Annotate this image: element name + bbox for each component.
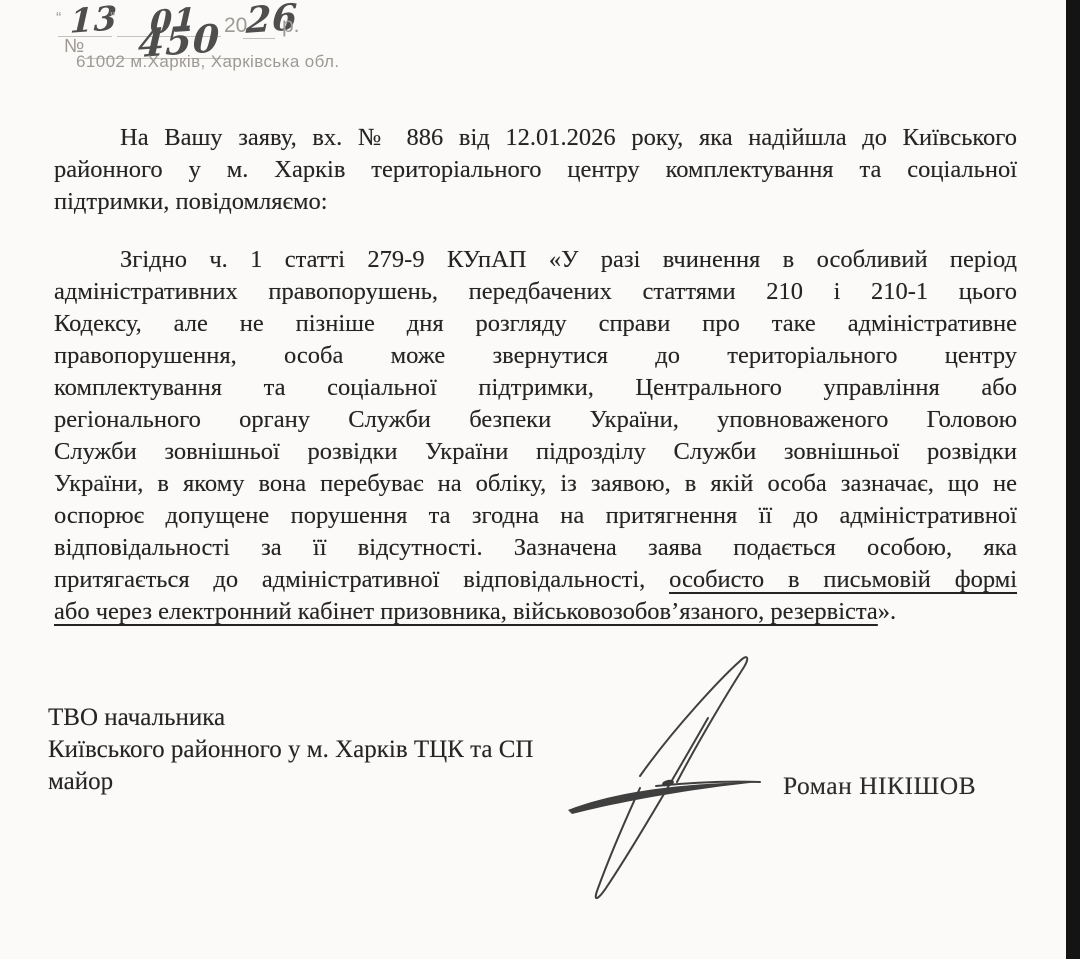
text-line: Кодексу, але не пізніше дня розгляду спр…: [54, 308, 1017, 340]
text-line: підтримки, повідомляємо:: [54, 186, 1017, 218]
signature-ink: [556, 640, 796, 915]
text-segment: Служби зовнішньої розвідки України підро…: [54, 438, 1017, 465]
text-line: або через електронний кабінет призовника…: [54, 596, 1017, 628]
text-line: Згідно ч. 1 статті 279-9 КУпАП «У разі в…: [54, 244, 1017, 276]
paragraph: На Вашу заяву, вх. № 886 від 12.01.2026 …: [54, 122, 1017, 218]
form-underline: [243, 2, 275, 39]
text-segment: адміністративних правопорушень, передбач…: [54, 278, 1017, 305]
text-segment: комплектування та соціальної підтримки, …: [54, 374, 1017, 401]
text-line: Служби зовнішньої розвідки України підро…: [54, 436, 1017, 468]
text-line: комплектування та соціальної підтримки, …: [54, 372, 1017, 404]
signer-position-block: ТВО начальника Київського районного у м.…: [48, 702, 533, 798]
text-segment: України, в якому вона перебуває на облік…: [54, 470, 1017, 497]
signer-position-line: ТВО начальника: [48, 702, 533, 734]
text-line: притягається до адміністративної відпові…: [54, 564, 1017, 596]
text-segment: ».: [878, 598, 896, 625]
paragraph: Згідно ч. 1 статті 279-9 КУпАП «У разі в…: [54, 244, 1017, 628]
text-line: відповідальності за її відсутності. Зазн…: [54, 532, 1017, 564]
text-segment: притягається до адміністративної відпові…: [54, 566, 669, 593]
letter-header: “ 13 ” 01 20 26 р. № 450 61002 м.Харків,…: [0, 0, 700, 90]
text-line: оспорює допущене порушення та згодна на …: [54, 500, 1017, 532]
signer-name: Роман НІКІШОВ: [783, 771, 976, 801]
text-segment: Згідно ч. 1 статті 279-9 КУпАП «У разі в…: [120, 246, 1017, 273]
underlined-text: або через електронний кабінет призовника…: [54, 598, 878, 625]
text-line: правопорушення, особа може звернутися до…: [54, 340, 1017, 372]
text-segment: районного у м. Харків територіального це…: [54, 156, 1017, 183]
sender-address: 61002 м.Харків, Харківська обл.: [76, 52, 339, 72]
text-segment: відповідальності за її відсутності. Зазн…: [54, 534, 1017, 561]
text-line: районного у м. Харків територіального це…: [54, 154, 1017, 186]
text-line: адміністративних правопорушень, передбач…: [54, 276, 1017, 308]
text-segment: підтримки, повідомляємо:: [54, 188, 328, 215]
text-segment: оспорює допущене порушення та згодна на …: [54, 502, 1017, 529]
scanned-letter-page: “ 13 ” 01 20 26 р. № 450 61002 м.Харків,…: [0, 0, 1080, 959]
text-line: регіонального органу Служби безпеки Укра…: [54, 404, 1017, 436]
signer-position-line: майор: [48, 766, 533, 798]
signer-position-line: Київського районного у м. Харків ТЦК та …: [48, 734, 533, 766]
letter-body: На Вашу заяву, вх. № 886 від 12.01.2026 …: [54, 122, 1017, 628]
text-line: На Вашу заяву, вх. № 886 від 12.01.2026 …: [54, 122, 1017, 154]
text-segment: правопорушення, особа може звернутися до…: [54, 342, 1017, 369]
text-segment: регіонального органу Служби безпеки Укра…: [54, 406, 1017, 433]
year-unit: р.: [282, 14, 300, 38]
text-segment: Кодексу, але не пізніше дня розгляду спр…: [54, 310, 1017, 337]
scan-edge-strip: [1066, 0, 1080, 959]
underlined-text: особисто в письмовій формі: [669, 566, 1017, 593]
text-line: України, в якому вона перебуває на облік…: [54, 468, 1017, 500]
text-segment: На Вашу заяву, вх. № 886 від 12.01.2026 …: [120, 124, 1017, 151]
